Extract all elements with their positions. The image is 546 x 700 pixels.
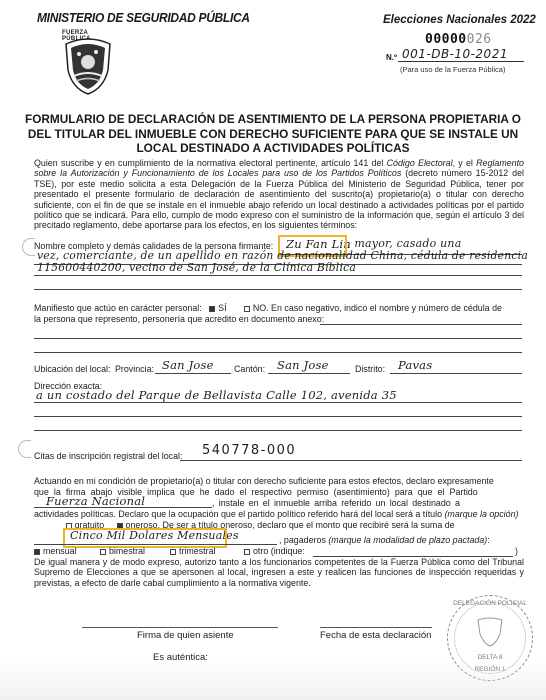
fuerza-publica-logo: FUERZA PÚBLICA <box>58 30 118 98</box>
trimestral-checkbox[interactable] <box>170 549 176 555</box>
intro-text-1: Quien suscribe y en cumplimiento de la n… <box>34 158 387 168</box>
canton-line <box>268 373 350 374</box>
registry-label: Citas de inscripción registral del local… <box>34 451 182 461</box>
represented-person-label: la persona que represento, personería qu… <box>34 314 324 324</box>
intro-text-2: , y el <box>453 158 477 168</box>
represented-line-2[interactable] <box>34 338 522 339</box>
otro-label: otro (indique: <box>253 546 305 556</box>
serial-bold: 00000 <box>425 32 467 47</box>
page-shadow <box>0 660 546 700</box>
name-line-4 <box>34 289 522 290</box>
number-note: (Para uso de la Fuerza Pública) <box>400 65 505 74</box>
period-bimestral[interactable]: bimestral <box>100 546 145 556</box>
otro-close: ) <box>515 546 518 556</box>
address-line-2 <box>34 416 522 417</box>
registry-value[interactable]: 540778-000 <box>202 443 296 458</box>
yes-label: SÍ <box>218 303 226 313</box>
mensual-checkbox[interactable] <box>34 549 40 555</box>
period-mensual[interactable]: mensual <box>34 546 77 556</box>
party-line <box>34 507 212 508</box>
personal-capacity-row: Manifiesto que actúo en carácter persona… <box>34 303 502 313</box>
logo-text: FUERZA PÚBLICA <box>62 30 118 42</box>
signer-details-line3[interactable]: 115600440200, vecino de San José, de la … <box>37 261 356 274</box>
period-trimestral[interactable]: trimestral <box>170 546 216 556</box>
intro-code: Código Electoral <box>387 158 453 168</box>
address-line-1 <box>34 402 522 403</box>
otro-checkbox[interactable] <box>244 549 250 555</box>
intro-paragraph: Quien suscribe y en cumplimiento de la n… <box>34 158 524 231</box>
mensual-label: mensual <box>43 546 77 556</box>
location-label: Ubicación del local: <box>34 364 110 374</box>
consent-text-6c: : <box>487 535 489 545</box>
form-title: FORMULARIO DE DECLARACIÓN DE ASENTIMIENT… <box>20 112 526 156</box>
serial-light: 026 <box>467 32 492 47</box>
no-checkbox[interactable] <box>244 306 250 312</box>
canton-label: Cantón: <box>234 364 265 374</box>
district-line <box>390 373 522 374</box>
amount-line <box>34 544 277 545</box>
consent-text-6b: (marque la modalidad de plazo pactada) <box>328 535 487 545</box>
no-label: NO. En caso negativo, indico el nombre y… <box>253 303 502 313</box>
period-otro[interactable]: otro (indique: <box>244 546 305 556</box>
district-value[interactable]: Pavas <box>398 358 432 372</box>
bimestral-label: bimestral <box>109 546 145 556</box>
margin-mark-2 <box>18 440 31 458</box>
district-label: Distrito: <box>355 364 385 374</box>
province-label: Provincia: <box>115 364 154 374</box>
address-line-3 <box>34 430 522 431</box>
stamp-shield-icon <box>476 616 504 648</box>
ministry-title: MINISTERIO DE SEGURIDAD PÚBLICA <box>37 10 250 25</box>
canton-value[interactable]: San Jose <box>277 358 329 372</box>
elections-title: Elecciones Nacionales 2022 <box>383 14 536 26</box>
consent-text-4b: (marque la opción) <box>444 509 518 519</box>
consent-text-4a: actividades políticas. Declaro que la oc… <box>34 509 444 519</box>
province-line <box>155 373 231 374</box>
personal-text: Manifiesto que actúo en carácter persona… <box>34 303 202 313</box>
party-value[interactable]: Fuerza Nacional <box>46 494 145 508</box>
date-label: Fecha de esta declaración <box>320 630 431 641</box>
number-value[interactable]: 001-DB-10-2021 <box>398 47 524 62</box>
consent-text-6a: , pagaderos <box>279 535 328 545</box>
province-value[interactable]: San Jose <box>162 358 214 372</box>
represented-line-1[interactable] <box>320 324 522 325</box>
consent-final-paragraph: De igual manera y de modo expreso, autor… <box>34 557 524 588</box>
consent-line-1: Actuando en mi condición de propietario(… <box>34 476 494 486</box>
consent-line-3: , instale en el inmueble arriba referido… <box>212 498 460 508</box>
stamp-top-text: DELEGACIÓN POLICIAL <box>448 600 532 607</box>
serial-number: 00000026 <box>425 32 492 47</box>
bimestral-checkbox[interactable] <box>100 549 106 555</box>
signer-signature-label: Firma de quien asiente <box>137 630 234 641</box>
consent-line-6: , pagaderos (marque la modalidad de plaz… <box>279 535 490 545</box>
represented-line-3[interactable] <box>34 352 522 353</box>
number-label: N.º <box>386 53 397 62</box>
consent-line-4: actividades políticas. Declaro que la oc… <box>34 509 518 519</box>
address-value[interactable]: a un costado del Parque de Bellavista Ca… <box>36 388 397 402</box>
signer-signature-line[interactable] <box>82 627 278 628</box>
registry-line <box>180 460 522 461</box>
name-line-3 <box>34 275 522 276</box>
date-line[interactable] <box>320 627 432 628</box>
amount-highlight-box <box>63 528 227 548</box>
yes-checkbox[interactable] <box>209 306 215 312</box>
trimestral-label: trimestral <box>179 546 216 556</box>
